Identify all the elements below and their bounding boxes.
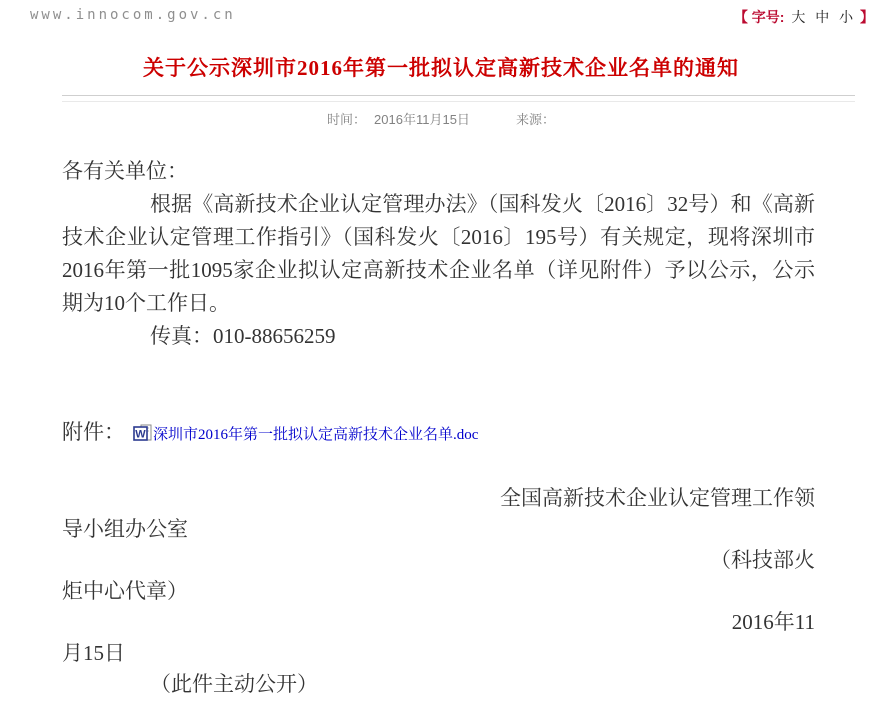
time-value: 2016年11月15日 (374, 112, 470, 127)
salutation: 各有关单位： (62, 155, 815, 188)
time-label: 时间： (327, 112, 366, 127)
title-divider (62, 95, 855, 102)
disclosure-note: （此件主动公开） (62, 669, 815, 700)
topbar: www.innocom.gov.cn 【 字号: 大 中 小 】 (0, 0, 882, 27)
attachment-link[interactable]: 深圳市2016年第一批拟认定高新技术企业名单.doc (153, 427, 478, 443)
attachment-row: 附件：W深圳市2016年第一批拟认定高新技术企业名单.doc (62, 416, 815, 452)
signature-date-line2: 月15日 (62, 638, 815, 669)
font-size-control: 【 字号: 大 中 小 】 (734, 7, 876, 27)
svg-text:W: W (135, 429, 146, 441)
signature-org-line2: 导小组办公室 (62, 514, 815, 545)
signature-seal-line2: 炬中心代章） (62, 576, 815, 607)
attachment-label: 附件： (62, 420, 125, 444)
signature-block: 全国高新技术企业认定管理工作领 导小组办公室 （科技部火 炬中心代章） 2016… (62, 483, 815, 700)
notice-body: 各有关单位： 根据《高新技术企业认定管理办法》（国科发火〔2016〕32号）和《… (62, 155, 815, 700)
font-size-bracket-open: 【 (734, 9, 748, 25)
font-size-small-button[interactable]: 小 (839, 9, 853, 25)
font-size-large-button[interactable]: 大 (791, 9, 805, 25)
word-doc-icon[interactable]: W (133, 419, 153, 452)
signature-seal-line1: （科技部火 (62, 545, 815, 576)
font-size-bracket-close: 】 (860, 9, 874, 25)
signature-date-line1: 2016年11 (62, 607, 815, 638)
fax-line: 传真：010-88656259 (62, 320, 815, 353)
site-url: www.innocom.gov.cn (30, 7, 236, 23)
article-meta: 时间：2016年11月15日来源： (0, 109, 882, 128)
font-size-label: 字号: (752, 9, 785, 25)
page-title: 关于公示深圳市2016年第一批拟认定高新技术企业名单的通知 (0, 52, 882, 82)
source-label: 来源： (516, 112, 555, 127)
notice-paragraph: 根据《高新技术企业认定管理办法》（国科发火〔2016〕32号）和《高新技术企业认… (62, 188, 815, 320)
signature-org-line1: 全国高新技术企业认定管理工作领 (62, 483, 815, 514)
font-size-medium-button[interactable]: 中 (815, 9, 829, 25)
